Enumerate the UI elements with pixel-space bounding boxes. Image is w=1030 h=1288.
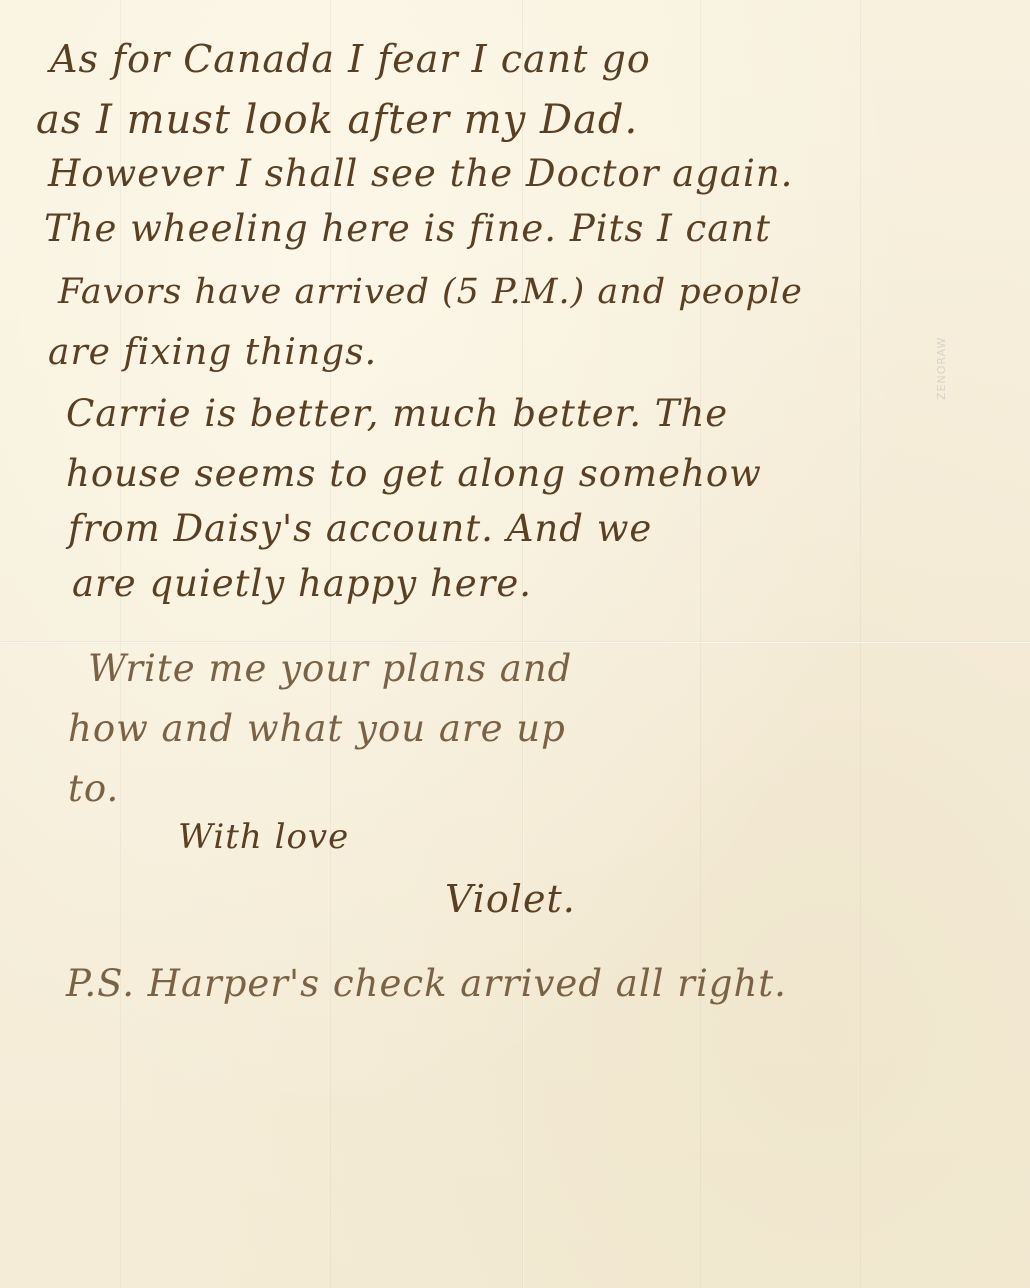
letter-line: Write me your plans and (88, 650, 572, 687)
letter-line: from Daisy's account. And we (68, 510, 652, 547)
letter-line: However I shall see the Doctor again. (48, 155, 793, 192)
horizontal-fold-crease (0, 641, 1030, 644)
letter-line: As for Canada I fear I cant go (50, 40, 651, 78)
letter-line: The wheeling here is fine. Pits I cant (44, 210, 771, 247)
letter-line: are quietly happy here. (72, 565, 532, 602)
letter-closing: With love (178, 820, 349, 854)
letter-page: ZENORAW As for Canada I fear I cant go a… (0, 0, 1030, 1288)
letter-line: house seems to get along somehow (66, 455, 762, 492)
letter-line: how and what you are up (68, 710, 566, 747)
letter-line: Favors have arrived (5 P.M.) and people (58, 275, 803, 310)
bleed-through-mark (860, 0, 861, 1288)
letter-signature: Violet. (445, 880, 576, 918)
letter-line: as I must look after my Dad. (36, 100, 638, 140)
letter-postscript: P.S. Harper's check arrived all right. (66, 965, 787, 1002)
paper-watermark: ZENORAW (935, 240, 955, 400)
letter-line: are fixing things. (48, 335, 377, 371)
letter-line: Carrie is better, much better. The (66, 395, 728, 432)
letter-line: to. (68, 770, 119, 807)
